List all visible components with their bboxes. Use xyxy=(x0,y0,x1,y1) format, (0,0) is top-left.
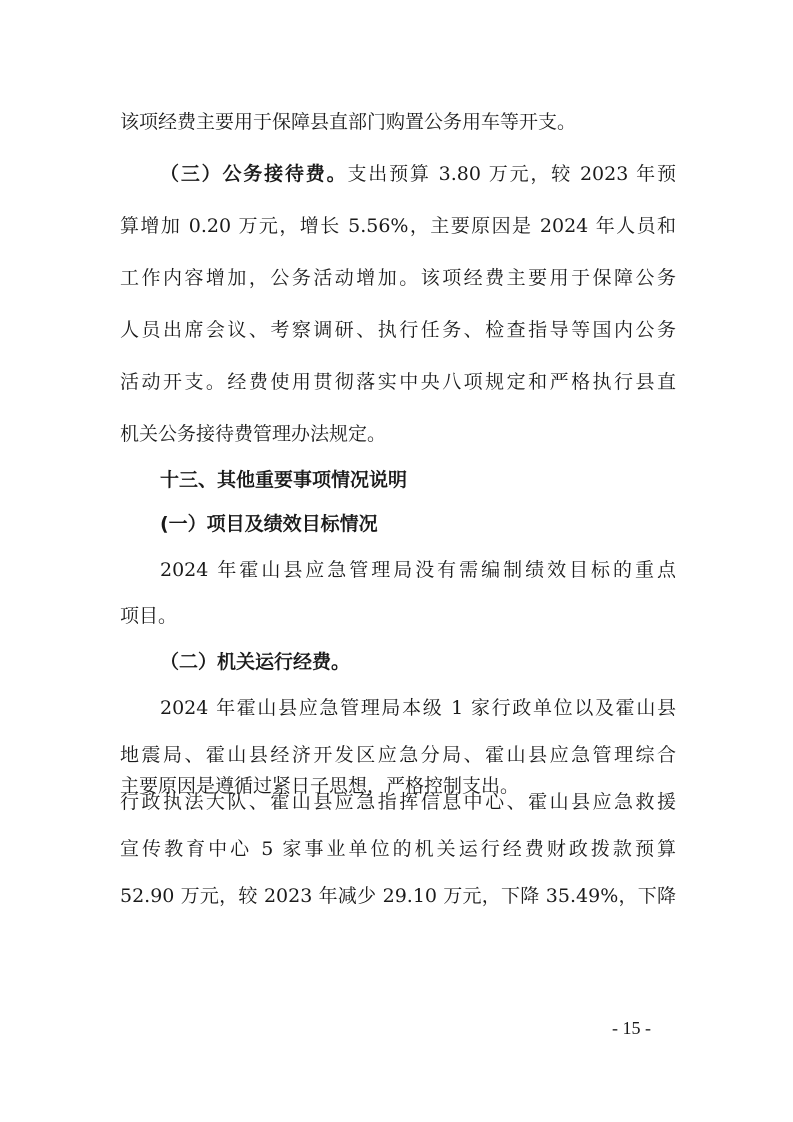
paragraph-line: 算增加 0.20 万元，增长 5.56%，主要原因是 2024 年人员和 xyxy=(120,212,676,240)
paragraph-line: 52.90 万元，较 2023 年减少 29.10 万元，下降 35.49%，下… xyxy=(120,882,676,910)
subsection-heading: (一）项目及绩效目标情况 xyxy=(160,510,676,538)
paragraph-line: 项目。 xyxy=(120,602,676,630)
paragraph-line: 人员出席会议、考察调研、执行任务、检查指导等国内公务 xyxy=(120,316,676,344)
document-page: 该项经费主要用于保障县直部门购置公务用车等开支。 （三）公务接待费。支出预算 3… xyxy=(0,0,793,1122)
subsection-label: （三）公务接待费。 xyxy=(160,163,347,185)
paragraph-line: 活动开支。经费使用贯彻落实中央八项规定和严格执行县直 xyxy=(120,368,676,396)
subsection-heading: （二）机关运行经费。 xyxy=(160,648,676,676)
section-heading: 十三、其他重要事项情况说明 xyxy=(160,466,676,494)
paragraph-line: 工作内容增加，公务活动增加。该项经费主要用于保障公务 xyxy=(120,264,676,292)
paragraph-line: 主要原因是遵循过紧日子思想，严格控制支出。 xyxy=(120,772,676,800)
paragraph-text: 支出预算 3.80 万元，较 2023 年预 xyxy=(347,163,676,185)
paragraph-line: 该项经费主要用于保障县直部门购置公务用车等开支。 xyxy=(120,108,676,136)
paragraph-line: 2024 年霍山县应急管理局本级 1 家行政单位以及霍山县 xyxy=(160,694,676,722)
paragraph-line: 地震局、霍山县经济开发区应急分局、霍山县应急管理综合 xyxy=(120,741,676,769)
page-number: - 15 - xyxy=(612,1016,651,1040)
paragraph-line: 机关公务接待费管理办法规定。 xyxy=(120,420,676,448)
paragraph-line: 2024 年霍山县应急管理局没有需编制绩效目标的重点 xyxy=(160,556,676,584)
paragraph-line: （三）公务接待费。支出预算 3.80 万元，较 2023 年预 xyxy=(160,160,676,188)
paragraph-line: 宣传教育中心 5 家事业单位的机关运行经费财政拨款预算 xyxy=(120,835,676,863)
